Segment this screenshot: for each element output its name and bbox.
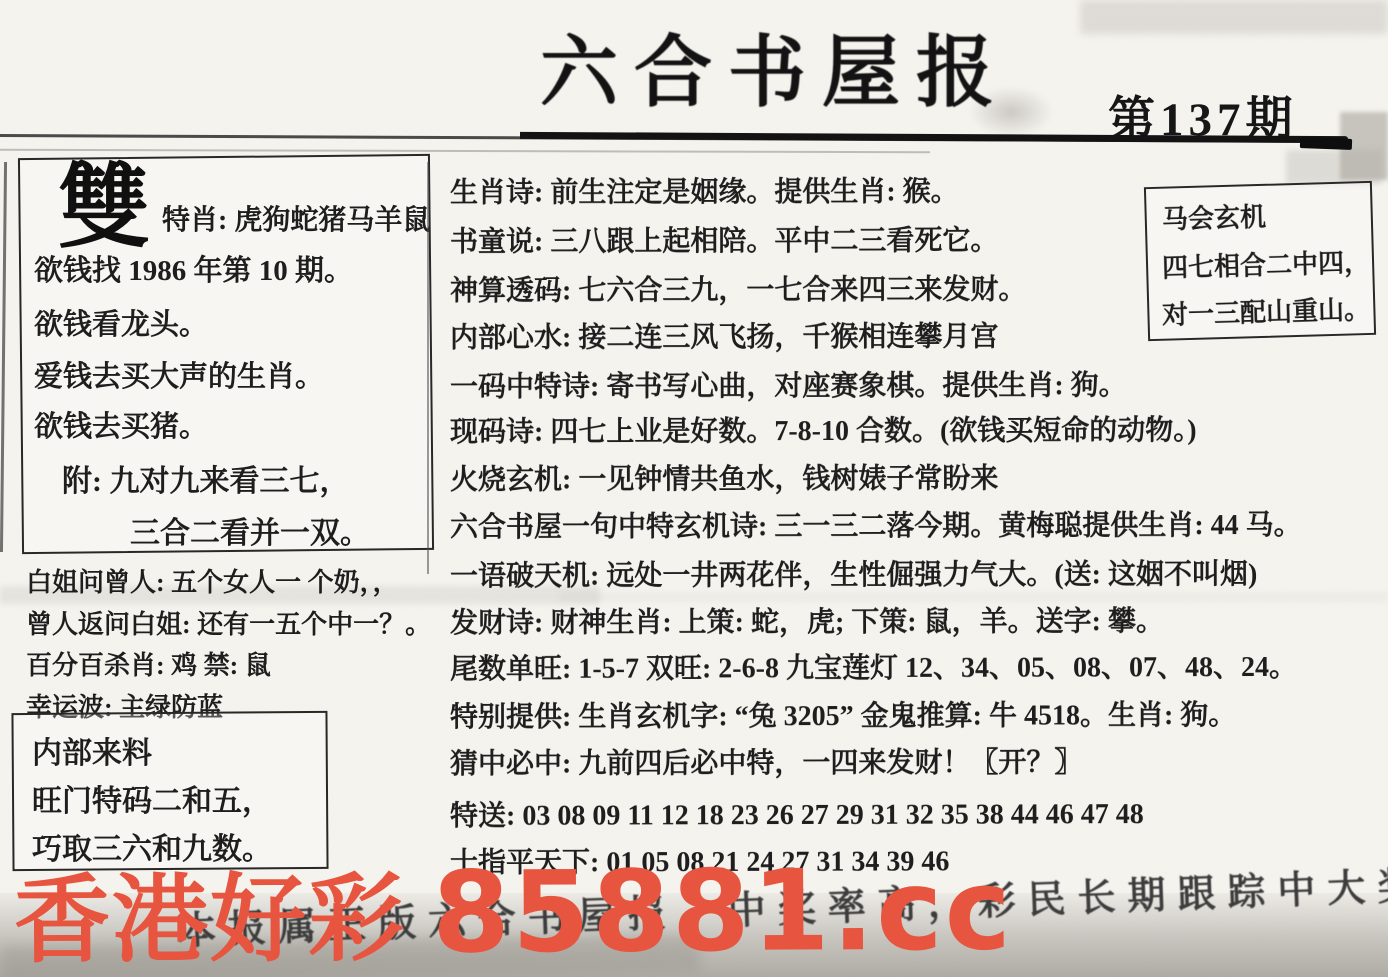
money-hint-line: 欲钱去买猪。 bbox=[34, 404, 208, 445]
newspaper-page: . . 六合书屋报 第137期 雙 特肖: 虎狗蛇猪马羊鼠 欲钱找 1986 年… bbox=[0, 0, 1388, 977]
money-hint-line: 欲钱看龙头。 bbox=[34, 302, 208, 343]
column-divider bbox=[427, 162, 429, 574]
jockey-club-line-1: 四七相合二中四， bbox=[1162, 242, 1371, 285]
scan-left-edge-line bbox=[0, 162, 7, 552]
jockey-club-title: 马会玄机 bbox=[1162, 197, 1267, 237]
note-line: 曾人返问白姐: 还有一五个中一？。 bbox=[26, 604, 431, 641]
header-rule-faint bbox=[0, 149, 930, 153]
insider-info-line-1: 旺门特码二和五， bbox=[32, 776, 272, 820]
divine-code-line: 神算透码: 七六合三九，一七合来四三来发财。 bbox=[450, 267, 1026, 309]
tail-number-line: 尾数单旺: 1-5-7 双旺: 2-6-8 九宝莲灯 12、34、05、08、0… bbox=[450, 645, 1297, 687]
page-title: 六合书屋报 bbox=[540, 10, 1010, 122]
money-hint-line: 欲钱找 1986 年第 10 期。 bbox=[34, 248, 353, 289]
zodiac-poem-line: 生肖诗: 前生注定是姻缘。提供生肖: 猴。 bbox=[450, 169, 959, 210]
kill-zodiac-line: 百分百杀肖: 鸡 禁: 鼠 bbox=[26, 645, 271, 682]
money-hint-line: 爱钱去买大声的生肖。 bbox=[34, 354, 324, 395]
special-numbers-line: 特送: 03 08 09 11 12 18 23 26 27 29 31 32 … bbox=[450, 792, 1144, 834]
insider-info-title: 内部来料 bbox=[32, 728, 152, 772]
secret-reveal-line: 一语破天机: 远处一井两花伴，生性倔强力气大。(送: 这姻不叫烟) bbox=[450, 552, 1257, 594]
scan-noise-top bbox=[1080, 0, 1388, 34]
lead-character: 雙 bbox=[58, 162, 150, 254]
appendix-line-1: 附: 九对九来看三七， bbox=[62, 456, 350, 500]
special-zodiac-line: 特肖: 虎狗蛇猪马羊鼠 bbox=[162, 198, 430, 238]
fire-mystery-line: 火烧玄机: 一见钟情共鱼水，钱树婊子常盼来 bbox=[450, 456, 998, 497]
watermark-url: 85881.cc bbox=[432, 845, 1014, 977]
house-mystery-poem-line: 六合书屋一句中特玄机诗: 三一三二落今期。黄梅聪提供生肖: 44 马。 bbox=[450, 503, 1302, 545]
appendix-line-2: 三合二看并一双。 bbox=[130, 508, 370, 552]
jockey-club-line-2: 对一三配山重山。 bbox=[1162, 289, 1371, 332]
note-line: 白姐问曾人: 五个女人一 个奶，， bbox=[26, 562, 399, 599]
internal-tip-line: 内部心水: 接二连三风飞扬，千猴相连攀月宫 bbox=[450, 314, 998, 355]
site-watermark: 香港好彩 85881.cc bbox=[14, 839, 1014, 977]
fortune-poem-line: 发财诗: 财神生肖: 上策: 蛇，虎; 下策: 鼠，羊。送字: 攀。 bbox=[450, 599, 1164, 641]
special-offer-line: 特别提供: 生肖玄机字: “兔 3205” 金鬼推算: 牛 4518。生肖: 狗… bbox=[450, 693, 1236, 735]
watermark-brand: 香港好彩 bbox=[14, 843, 407, 977]
book-boy-line: 书童说: 三八跟上起相陪。平中二三看死它。 bbox=[450, 218, 998, 259]
current-code-poem-line: 现码诗: 四七上业是好数。7-8-10 合数。(欲钱买短命的动物。) bbox=[450, 408, 1197, 450]
guess-win-line: 猜中必中: 九前四后必中特，一四来发财！〖开？〗 bbox=[450, 740, 1082, 782]
scan-corner-patch-2 bbox=[1286, 150, 1382, 184]
one-code-poem-line: 一码中特诗: 寄书写心曲，对座赛象棋。提供生肖: 狗。 bbox=[450, 363, 1127, 405]
header-rule-tip bbox=[1300, 137, 1352, 150]
